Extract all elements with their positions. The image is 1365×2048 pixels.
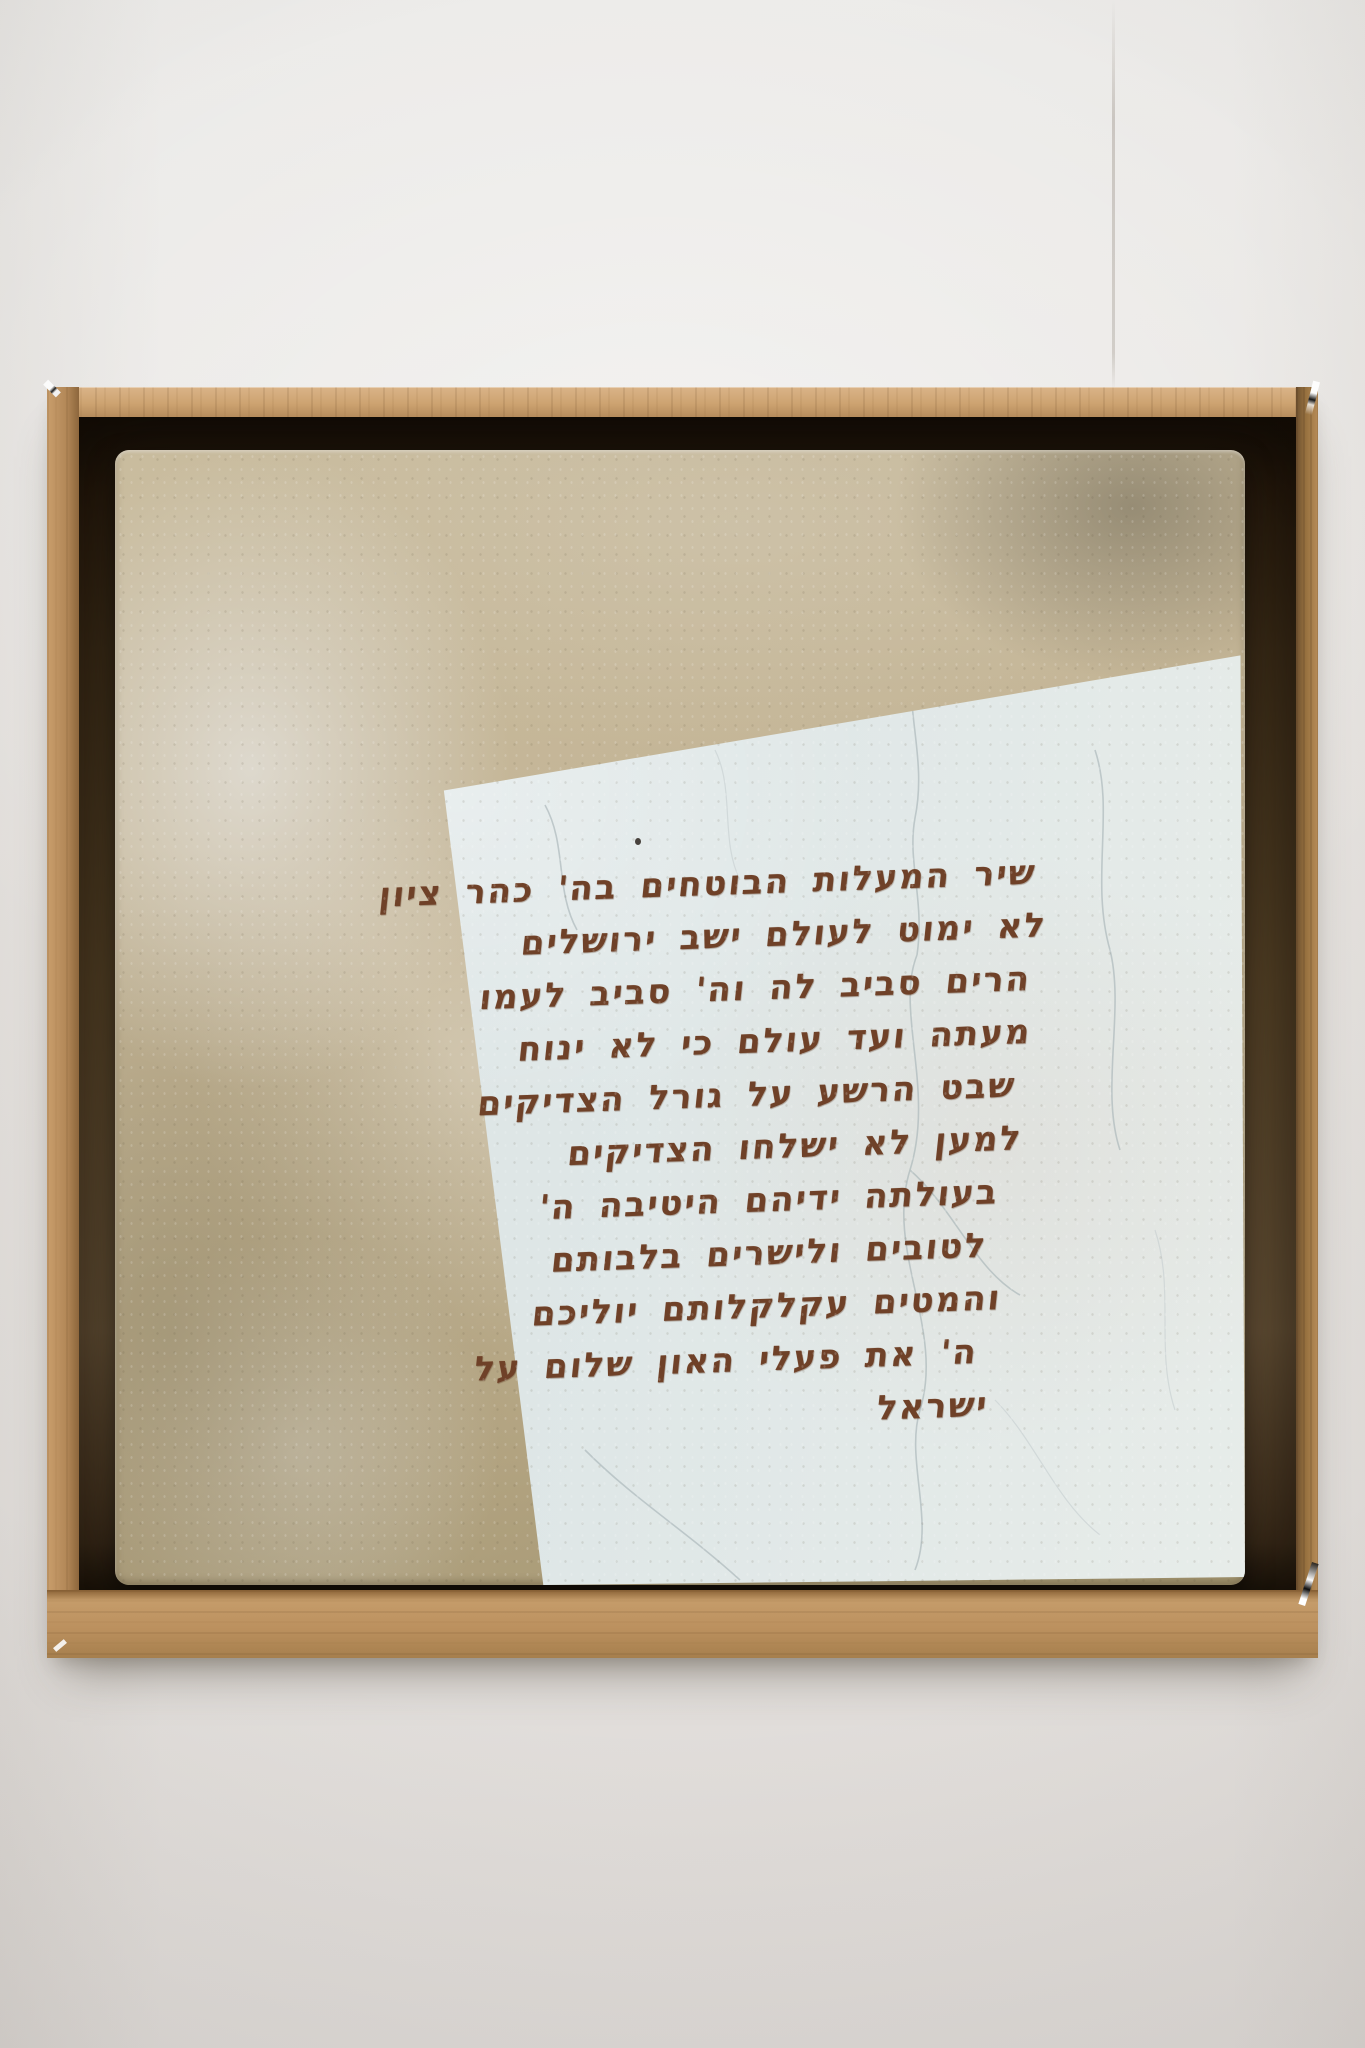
wooden-floater-frame: שיר המעלות הבוטחים בה' כהר ציון לא ימוט … <box>47 387 1318 1658</box>
wall-seam-shadow <box>1112 0 1115 392</box>
frame-shadow-cavity: שיר המעלות הבוטחים בה' כהר ציון לא ימוט … <box>79 417 1296 1590</box>
frame-right-edge <box>1296 387 1318 1658</box>
psalm-handwriting: שיר המעלות הבוטחים בה' כהר ציון לא ימוט … <box>214 846 1055 1459</box>
frame-left-edge <box>47 387 79 1658</box>
photo-wall-scene: שיר המעלות הבוטחים בה' כהר ציון לא ימוט … <box>0 0 1365 2048</box>
frame-bottom-edge <box>47 1590 1318 1658</box>
frame-top-edge <box>47 387 1318 417</box>
plaster-slab: שיר המעלות הבוטחים בה' כהר ציון לא ימוט … <box>115 450 1245 1585</box>
ink-speck <box>635 838 641 845</box>
